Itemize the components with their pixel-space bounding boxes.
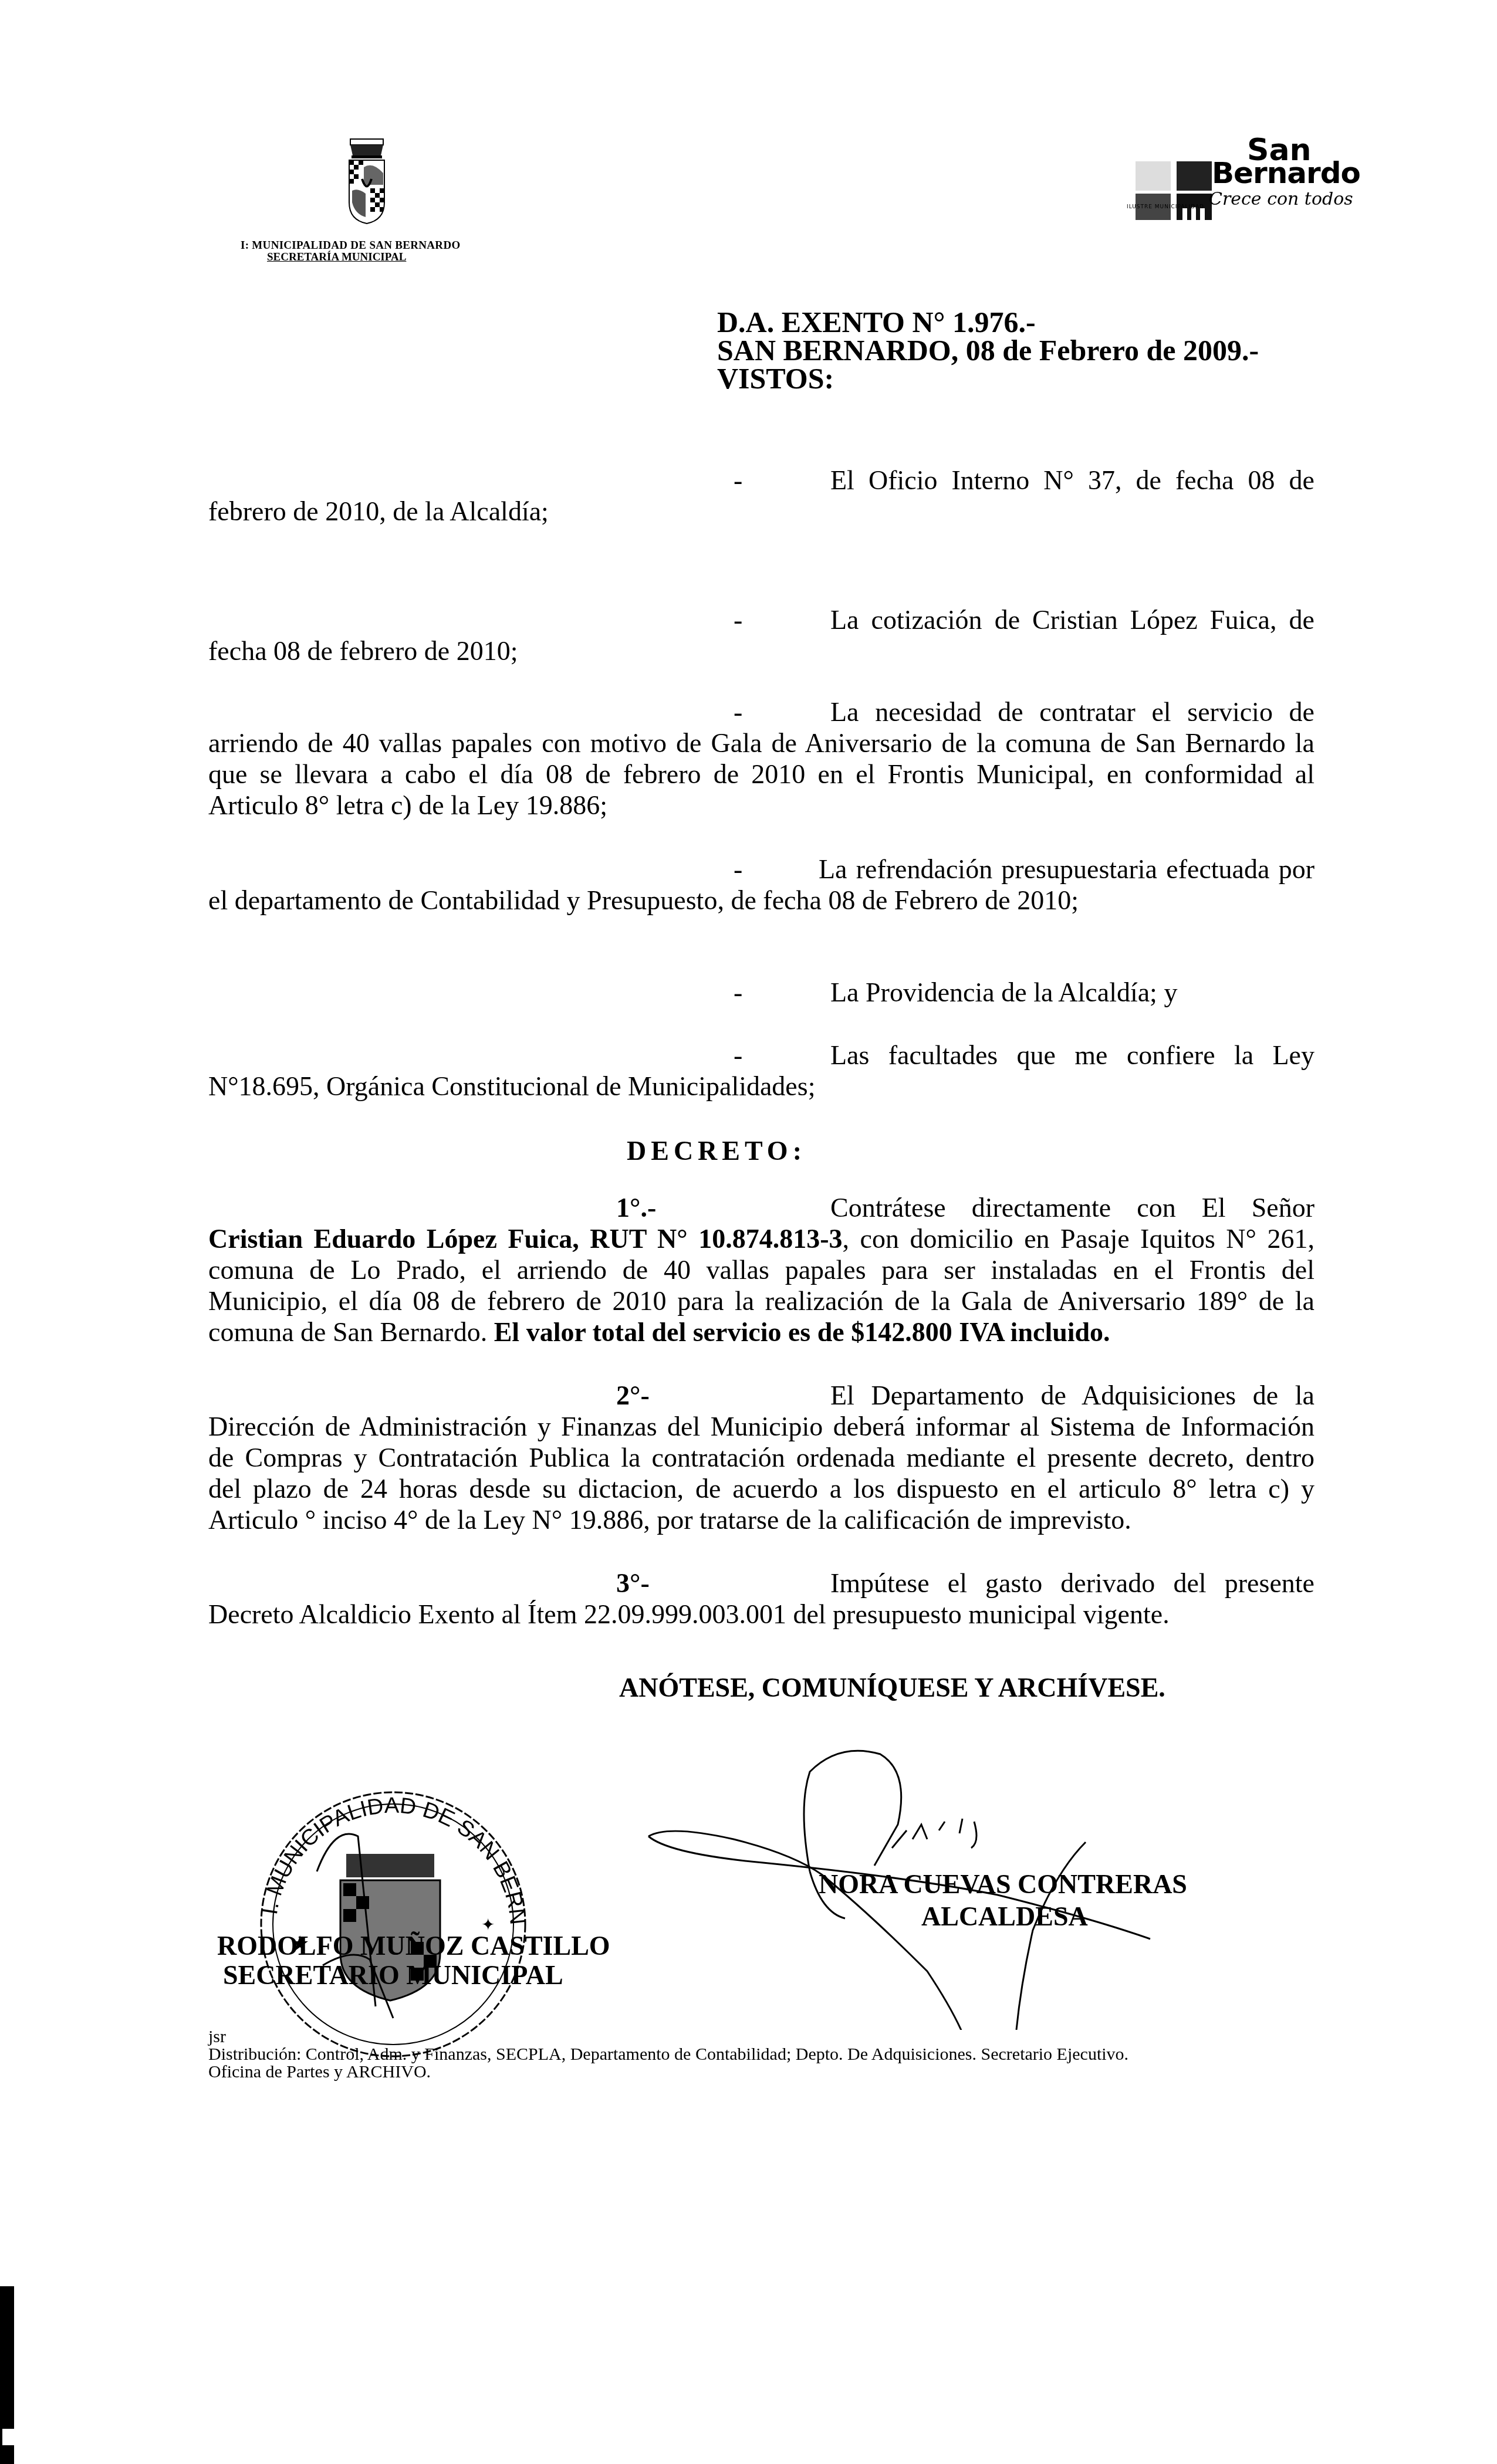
coat-of-arms-icon <box>337 138 396 226</box>
bullet-dash: - <box>734 604 742 635</box>
secretary-name: RODOLFO MUÑOZ CASTILLO <box>217 1930 610 1961</box>
total-value: El valor total del servicio es de $142.8… <box>494 1317 1110 1347</box>
vistos-item-4-continuation: el departamento de Contabilidad y Presup… <box>208 885 1314 916</box>
bullet-dash: - <box>734 854 742 885</box>
article-2-line-4: del plazo de 24 horas desde su dictacion… <box>208 1473 1314 1504</box>
vistos-item-6-continuation: N°18.695, Orgánica Constitucional de Mun… <box>208 1071 1314 1102</box>
vistos-item-3-line-4: Articulo 8° letra c) de la Ley 19.886; <box>208 790 1314 821</box>
article-2-line-2: Dirección de Administración y Finanzas d… <box>208 1411 1314 1442</box>
contractor-address: , con domicilio en Pasaje Iquitos N° 261… <box>842 1224 1314 1254</box>
vistos-item-3-line-3: que se llevara a cabo el día 08 de febre… <box>208 759 1314 790</box>
article-2-line-5: Articulo ° inciso 4° de la Ley N° 19.886… <box>208 1504 1314 1535</box>
vistos-item-6-first-line: Las facultades que me confiere la Ley <box>830 1040 1314 1071</box>
article-1-line-2: Cristian Eduardo López Fuica, RUT N° 10.… <box>208 1223 1314 1254</box>
article-2-number: 2°- <box>616 1380 650 1411</box>
vistos-item-1-first-line: El Oficio Interno N° 37, de fecha 08 de <box>830 465 1314 496</box>
contractor-name-rut: Cristian Eduardo López Fuica, RUT N° 10.… <box>208 1224 842 1254</box>
official-stamp-icon: I. MUNICIPALIDAD DE SAN BERNARDO ★ ✦ <box>235 1754 552 2059</box>
vistos-item-4-first-line: La refrendación presupuestaria efectuada… <box>819 854 1314 885</box>
article-1-line-5: comuna de San Bernardo. El valor total d… <box>208 1316 1314 1348</box>
scan-edge-notch <box>2 2429 14 2445</box>
vistos-item-2-first-line: La cotización de Cristian López Fuica, d… <box>830 604 1314 635</box>
mayor-title: ALCALDESA <box>921 1901 1088 1932</box>
bullet-dash: - <box>734 696 742 727</box>
article-2-first-line: El Departamento de Adquisiciones de la <box>830 1380 1314 1411</box>
article-3-number: 3°- <box>616 1568 650 1599</box>
bullet-dash: - <box>734 1040 742 1071</box>
distribution-list: Distribución: Control, Adm. y Finanzas, … <box>208 2045 1128 2064</box>
closing-formula: ANÓTESE, COMUNÍQUESE Y ARCHÍVESE. <box>619 1672 1165 1703</box>
vistos-item-1-continuation: febrero de 2010, de la Alcaldía; <box>208 496 1314 527</box>
vistos-item-5-first-line: La Providencia de la Alcaldía; y <box>830 977 1314 1008</box>
department-name: SECRETARÍA MUNICIPAL <box>267 251 406 264</box>
article-1-line-4: Municipio, el día 08 de febrero de 2010 … <box>208 1285 1314 1316</box>
bullet-dash: - <box>734 465 742 496</box>
logo-subtitle: ILUSTRE MUNICIPALIDAD <box>1127 204 1204 210</box>
article-1-line-3: comuna de Lo Prado, el arriendo de 40 va… <box>208 1254 1314 1285</box>
bullet-dash: - <box>734 977 742 1008</box>
vistos-item-3-line-2: arriendo de 40 vallas papales con motivo… <box>208 727 1314 759</box>
article-1-number: 1°.- <box>616 1192 656 1223</box>
logo-text-bernardo: Bernardo <box>1212 155 1360 191</box>
article-2-line-3: de Compras y Contratación Publica la con… <box>208 1442 1314 1473</box>
article-3-line-2: Decreto Alcaldicio Exento al Ítem 22.09.… <box>208 1599 1314 1630</box>
article-1-line-5-text: comuna de San Bernardo. <box>208 1317 494 1347</box>
vistos-item-2-continuation: fecha 08 de febrero de 2010; <box>208 635 1314 666</box>
decreto-heading: DECRETO: <box>627 1135 806 1166</box>
article-3-first-line: Impútese el gasto derivado del presente <box>830 1568 1314 1599</box>
vistos-heading: VISTOS: <box>717 361 834 395</box>
logo-tagline: Crece con todos <box>1209 189 1353 209</box>
secretary-title: SECRETARIO MUNICIPAL <box>223 1959 563 1991</box>
article-1-first-line: Contrátese directamente con El Señor <box>830 1192 1314 1223</box>
vistos-item-3-first-line: La necesidad de contratar el servicio de <box>830 696 1314 727</box>
municipality-name: I: MUNICIPALIDAD DE SAN BERNARDO <box>241 239 461 252</box>
mayor-name: NORA CUEVAS CONTRERAS <box>819 1869 1187 1900</box>
distribution-list-continued: Oficina de Partes y ARCHIVO. <box>208 2062 431 2082</box>
typist-initials: jsr <box>208 2027 226 2047</box>
